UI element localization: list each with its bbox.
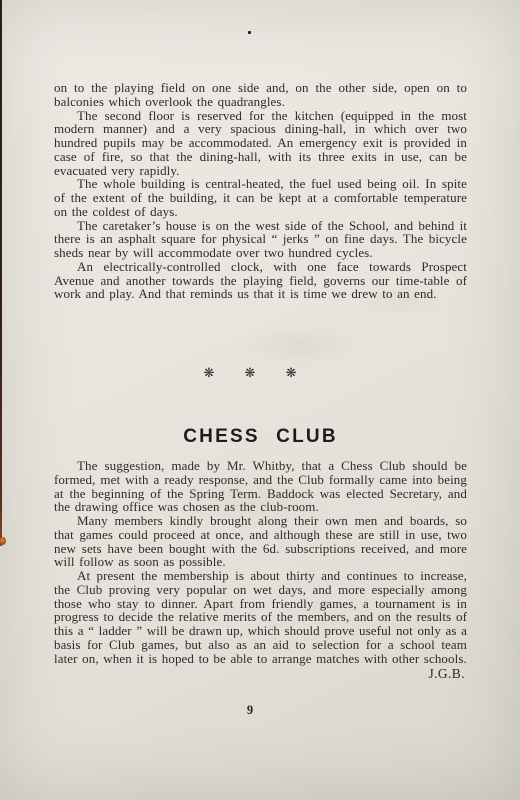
- flower-ornament-icon: ❋: [204, 366, 215, 381]
- chess-club-paragraph: Many members kindly brought along their …: [54, 514, 467, 569]
- author-initials: J.G.B.: [54, 666, 467, 682]
- article-paragraph: The second floor is reserved for the kit…: [54, 109, 467, 178]
- article-paragraph: An electrically-controlled clock, with o…: [54, 260, 467, 301]
- scanned-book-page: on to the playing field on one side and,…: [0, 0, 520, 800]
- article-paragraph: on to the playing field on one side and,…: [54, 81, 467, 109]
- flower-ornament-icon: ❋: [245, 366, 256, 381]
- article-paragraph: The caretaker’s house is on the west sid…: [54, 219, 467, 260]
- ink-speck-artifact: [248, 31, 251, 34]
- chess-club-section: The suggestion, made by Mr. Whitby, that…: [54, 459, 467, 682]
- flower-ornament-icon: ❋: [286, 366, 297, 381]
- chess-club-heading: CHESS CLUB: [54, 426, 467, 448]
- chess-club-paragraph: The suggestion, made by Mr. Whitby, that…: [54, 459, 467, 514]
- chess-club-paragraph: At present the membership is about thirt…: [54, 569, 467, 665]
- article-end-section: on to the playing field on one side and,…: [54, 81, 467, 301]
- article-paragraph: The whole building is central-heated, th…: [54, 177, 467, 218]
- scan-red-fleck-artifact: [0, 537, 6, 545]
- section-divider-ornament: ❋ ❋ ❋: [0, 366, 500, 381]
- scan-left-edge-shadow: [0, 0, 2, 546]
- page-number: 9: [0, 703, 500, 718]
